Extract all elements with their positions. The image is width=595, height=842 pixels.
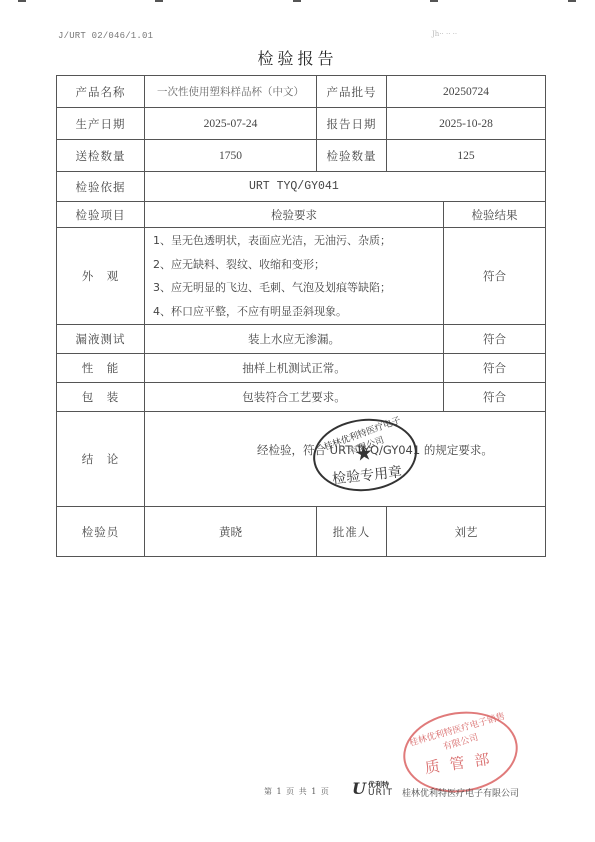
- logo-en-text: URIT: [368, 789, 393, 797]
- inspection-row-appearance: 外 观 1、呈无色透明状，表面应光洁，无油污、杂质； 2、应无缺料、裂纹、收缩和…: [57, 228, 546, 325]
- inspection-row-performance: 性 能 抽样上机测试正常。 符合: [57, 354, 546, 383]
- item-leak-test: 漏液测试: [57, 325, 145, 354]
- result-packaging: 符合: [444, 383, 546, 412]
- report-date-label: 报告日期: [317, 108, 387, 140]
- report-title: 检验报告: [0, 46, 595, 69]
- basis-value: URT TYQ/GY041: [145, 172, 546, 202]
- batch-value: 20250724: [387, 76, 546, 108]
- urit-logo: U 优利特 URIT: [352, 779, 393, 797]
- result-performance: 符合: [444, 354, 546, 383]
- page-number: 第 1 页 共 1 页: [264, 786, 330, 797]
- company-name: 桂林优利特医疗电子有限公司: [402, 786, 519, 799]
- requirement-list-appearance: 1、呈无色透明状，表面应光洁，无油污、杂质； 2、应无缺料、裂纹、收缩和变形； …: [145, 228, 444, 325]
- star-icon: ★: [354, 440, 374, 466]
- header-result: 检验结果: [444, 202, 546, 228]
- requirement-packaging: 包装符合工艺要求。: [145, 383, 444, 412]
- conclusion-row: 结 论 经检验，符合 URT TYQ/GY041 的规定要求。: [57, 412, 546, 507]
- approver-label: 批准人: [317, 507, 387, 557]
- document-code-faint: Jh·· ·· ··: [432, 30, 457, 38]
- inspection-row-packaging: 包 装 包装符合工艺要求。 符合: [57, 383, 546, 412]
- product-name-label: 产品名称: [57, 76, 145, 108]
- submitted-qty-label: 送检数量: [57, 140, 145, 172]
- scan-edge-marks: [0, 0, 595, 4]
- inspection-row-leak-test: 漏液测试 装上水应无渗漏。 符合: [57, 325, 546, 354]
- submitted-qty-value: 1750: [145, 140, 317, 172]
- item-appearance: 外 观: [57, 228, 145, 325]
- signature-row: 检验员 黄晓 批准人 刘艺: [57, 507, 546, 557]
- requirement-line: 2、应无缺料、裂纹、收缩和变形；: [153, 253, 443, 277]
- requirement-performance: 抽样上机测试正常。: [145, 354, 444, 383]
- document-code: J/URT 02/046/1.01: [58, 31, 153, 41]
- inspector-label: 检验员: [57, 507, 145, 557]
- inspector-name: 黄晓: [145, 507, 317, 557]
- conclusion-label: 结 论: [57, 412, 145, 507]
- row-product-name: 产品名称 一次性使用塑料样品杯（中文） 产品批号 20250724: [57, 76, 546, 108]
- inspection-report-table: 产品名称 一次性使用塑料样品杯（中文） 产品批号 20250724 生产日期 2…: [56, 75, 546, 557]
- requirement-line: 1、呈无色透明状，表面应光洁，无油污、杂质；: [153, 229, 443, 253]
- header-item: 检验项目: [57, 202, 145, 228]
- header-requirement: 检验要求: [145, 202, 444, 228]
- requirement-leak-test: 装上水应无渗漏。: [145, 325, 444, 354]
- item-performance: 性 能: [57, 354, 145, 383]
- item-packaging: 包 装: [57, 383, 145, 412]
- product-name-value: 一次性使用塑料样品杯（中文）: [145, 76, 317, 108]
- basis-label: 检验依据: [57, 172, 145, 202]
- result-appearance: 符合: [444, 228, 546, 325]
- report-date-value: 2025-10-28: [387, 108, 546, 140]
- inspected-qty-value: 125: [387, 140, 546, 172]
- requirement-line: 3、应无明显的飞边、毛刺、气泡及划痕等缺陷；: [153, 276, 443, 300]
- batch-label: 产品批号: [317, 76, 387, 108]
- production-date-label: 生产日期: [57, 108, 145, 140]
- requirement-line: 4、杯口应平整，不应有明显歪斜现象。: [153, 300, 443, 324]
- urit-logo-icon: U: [352, 781, 366, 797]
- approver-name: 刘艺: [387, 507, 546, 557]
- row-quantities: 送检数量 1750 检验数量 125: [57, 140, 546, 172]
- row-dates: 生产日期 2025-07-24 报告日期 2025-10-28: [57, 108, 546, 140]
- inspection-header-row: 检验项目 检验要求 检验结果: [57, 202, 546, 228]
- inspected-qty-label: 检验数量: [317, 140, 387, 172]
- production-date-value: 2025-07-24: [145, 108, 317, 140]
- result-leak-test: 符合: [444, 325, 546, 354]
- row-basis: 检验依据 URT TYQ/GY041: [57, 172, 546, 202]
